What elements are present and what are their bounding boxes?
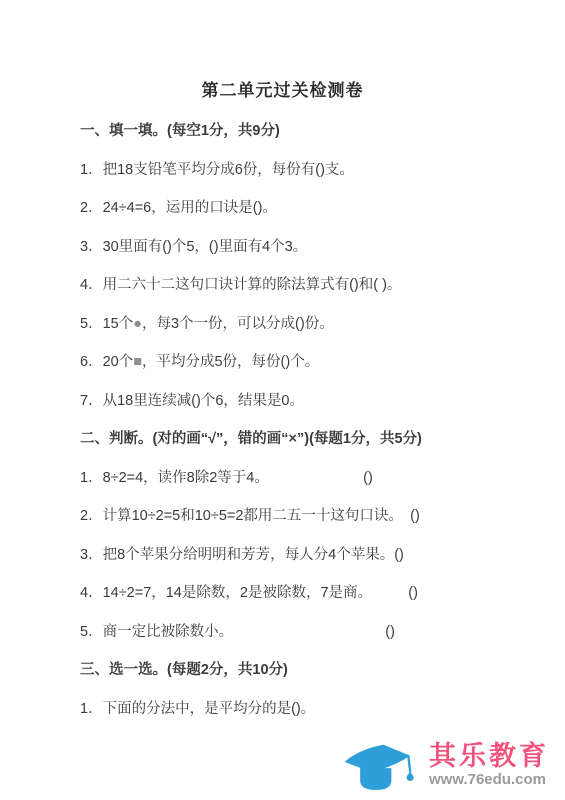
question-text: 6．20个 xyxy=(80,354,133,370)
question-text: ，平均分成5份，每份()个。 xyxy=(142,354,319,370)
question-1-6: 6．20个■，平均分成5份，每份()个。 xyxy=(80,354,525,371)
page-title: 第二单元过关检测卷 xyxy=(0,76,565,101)
question-2-5: 5．商一定比被除数小。 () xyxy=(80,624,525,641)
question-1-3: 3．30里面有()个5，()里面有4个3。 xyxy=(80,239,525,256)
question-text: 5．15个 xyxy=(80,316,133,332)
question-1-7: 7．从18里连续减()个6，结果是0。 xyxy=(80,393,525,410)
brand-text: 其乐教育 www.76edu.com xyxy=(429,741,549,789)
worksheet-page: 第二单元过关检测卷 一、填一填。(每空1分，共9分) 1．把18支铅笔平均分成6… xyxy=(0,0,565,717)
question-2-1: 1．8÷2=4，读作8除2等于4。 () xyxy=(80,470,525,487)
worksheet-body: 一、填一填。(每空1分，共9分) 1．把18支铅笔平均分成6份，每份有()支。 … xyxy=(0,123,565,717)
question-1-4: 4．用二六十二这句口诀计算的除法算式有()和( )。 xyxy=(80,277,525,294)
brand-name: 其乐教育 xyxy=(429,741,549,771)
section-1-heading: 一、填一填。(每空1分，共9分) xyxy=(80,123,525,140)
question-1-1: 1．把18支铅笔平均分成6份，每份有()支。 xyxy=(80,162,525,179)
graduation-cap-icon xyxy=(343,734,421,796)
brand-logo: 其乐教育 www.76edu.com xyxy=(343,734,549,796)
brand-url: www.76edu.com xyxy=(429,771,546,789)
section-2-heading: 二、判断。(对的画“√”，错的画“×”)(每题1分，共5分) xyxy=(80,431,525,448)
question-2-3: 3．把8个苹果分给明明和芳芳，每人分4个苹果。() xyxy=(80,547,525,564)
circle-icon: ● xyxy=(133,316,142,332)
question-3-1: 1．下面的分法中，是平均分的是()。 xyxy=(80,701,525,718)
question-2-2: 2．计算10÷2=5和10÷5=2都用二五一十这句口诀。 () xyxy=(80,508,525,525)
question-1-2: 2．24÷4=6，运用的口诀是()。 xyxy=(80,200,525,217)
question-1-5: 5．15个●，每3个一份，可以分成()份。 xyxy=(80,316,525,333)
section-3-heading: 三、选一选。(每题2分，共10分) xyxy=(80,662,525,679)
square-icon: ■ xyxy=(133,354,142,370)
question-text: ，每3个一份，可以分成()份。 xyxy=(142,316,334,332)
question-2-4: 4．14÷2=7，14是除数，2是被除数，7是商。 () xyxy=(80,585,525,602)
